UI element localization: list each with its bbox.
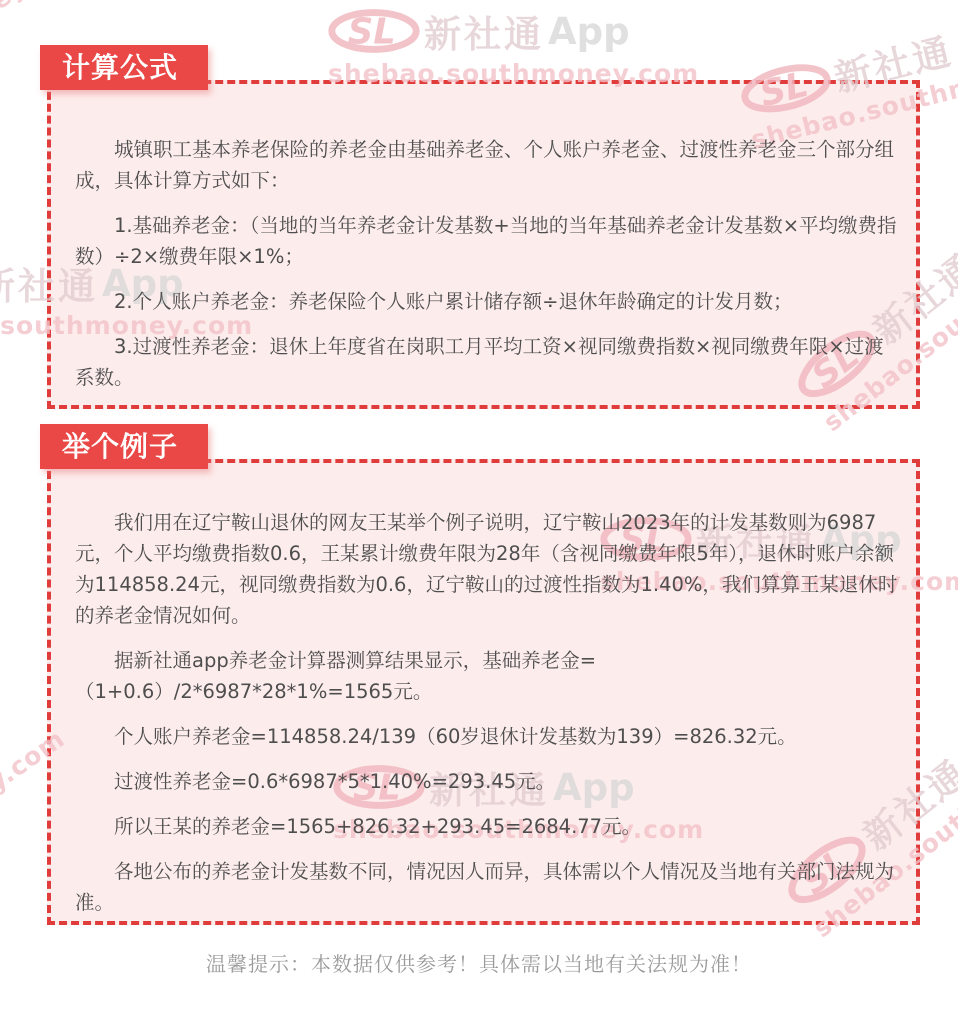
- section-header-example: 举个例子: [40, 424, 208, 469]
- watermark-brand-suffix: App: [951, 696, 958, 780]
- paragraph: 所以王某的养老金=1565+826.32+293.45=2684.77元。: [75, 811, 902, 842]
- paragraph: 我们用在辽宁鞍山退休的网友王某举个例子说明，辽宁鞍山2023年的计发基数则为69…: [75, 507, 902, 631]
- example-panel: 我们用在辽宁鞍山退休的网友王某举个例子说明，辽宁鞍山2023年的计发基数则为69…: [47, 459, 920, 925]
- paragraph: 城镇职工基本养老保险的养老金由基础养老金、个人账户养老金、过渡性养老金三个部分组…: [75, 134, 902, 196]
- footer-tip: 温馨提示：本数据仅供参考！具体需以当地有关法规为准！: [0, 948, 958, 977]
- paragraph: 各地公布的养老金计发基数不同，情况因人而异，具体需以个人情况及当地有关部门法规为…: [75, 856, 902, 918]
- watermark-brand-suffix: App: [548, 10, 630, 53]
- formula-panel: 城镇职工基本养老保险的养老金由基础养老金、个人账户养老金、过渡性养老金三个部分组…: [47, 80, 920, 409]
- paragraph: 1.基础养老金：（当地的当年养老金计发基数+当地的当年基础养老金计发基数×平均缴…: [75, 210, 902, 272]
- paragraph: 2.个人账户养老金：养老保险个人账户累计储存额÷退休年龄确定的计发月数；: [75, 286, 902, 317]
- paragraph: 据新社通app养老金计算器测算结果显示，基础养老金=（1+0.6）/2*6987…: [75, 645, 902, 707]
- section-header-formula: 计算公式: [40, 45, 208, 90]
- watermark-brand-suffix: App: [0, 0, 11, 13]
- paragraph: 过渡性养老金=0.6*6987*5*1.40%=293.45元。: [75, 766, 902, 797]
- shebao-logo-icon: SL: [328, 8, 420, 54]
- watermark: SL 新社通 App shebao.southmoney.com: [328, 4, 699, 88]
- paragraph: 3.过渡性养老金：退休上年度省在岗职工月平均工资×视同缴费指数×视同缴费年限×过…: [75, 331, 902, 393]
- paragraph: 个人账户养老金=114858.24/139（60岁退休计发基数为139）=826…: [75, 721, 902, 752]
- watermark-brand-suffix: App: [950, 6, 958, 67]
- watermark-brand: SL 新社通 App: [328, 4, 699, 58]
- watermark-brand-cn: 新社通: [424, 4, 544, 58]
- svg-text:SL: SL: [348, 11, 396, 52]
- watermark-brand: SL 新社通 App: [0, 679, 53, 936]
